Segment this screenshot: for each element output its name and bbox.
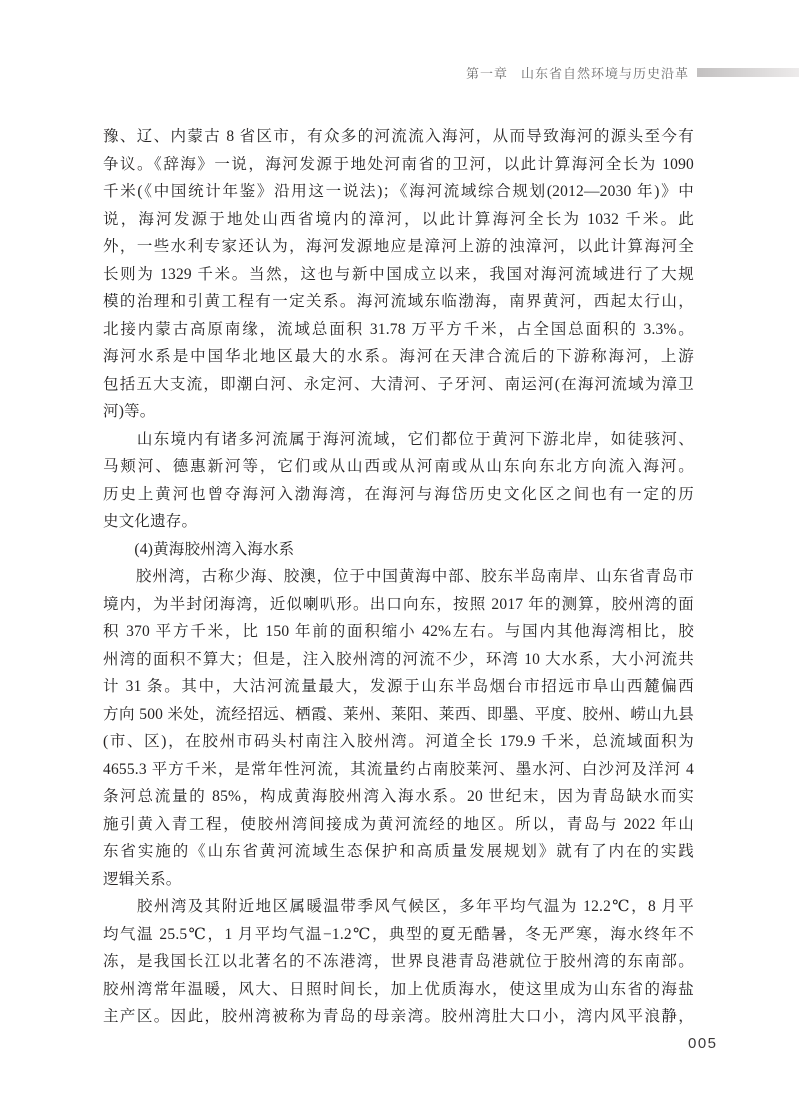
text-line: 主产区。因此，胶州湾被称为青岛的母亲湾。胶州湾肚大口小，湾内风平浪静， — [103, 1003, 694, 1031]
text-line: 东省实施的《山东省黄河流域生态保护和高质量发展规划》就有了内在的实践 — [103, 838, 694, 866]
text-line: 方向 500 米处，流经招远、栖霞、莱州、莱阳、莱西、即墨、平度、胶州、崂山九县 — [103, 701, 694, 729]
text-line: 逻辑关系。 — [103, 866, 694, 894]
paragraph-subheading: (4)黄海胶州湾入海水系 — [103, 536, 694, 564]
text-line: 施引黄入青工程，使胶州湾间接成为黄河流经的地区。所以，青岛与 2022 年山 — [103, 811, 694, 839]
paragraph: 胶州湾及其附近地区属暖温带季风气候区，多年平均气温为 12.2℃，8 月平 均气… — [103, 893, 694, 1031]
text-line: 胶州湾常年温暖，风大、日照时间长，加上优质海水，使这里成为山东省的海盐 — [103, 976, 694, 1004]
text-line: 长则为 1329 千米。当然，这也与新中国成立以来，我国对海河流域进行了大规 — [103, 261, 694, 289]
text-line: 均气温 25.5℃，1 月平均气温−1.2℃，典型的夏无酷暑，冬无严寒，海水终年… — [103, 921, 694, 949]
text-line: 豫、辽、内蒙古 8 省区市，有众多的河流流入海河，从而导致海河的源头至今有 — [103, 123, 694, 151]
text-line: 河)等。 — [103, 398, 694, 426]
text-line: (市、区)，在胶州市码头村南注入胶州湾。河道全长 179.9 千米，总流域面积为 — [103, 728, 694, 756]
text-line: 历史上黄河也曾夺海河入渤海湾，在海河与海岱历史文化区之间也有一定的历 — [103, 481, 694, 509]
text-line: 千米(《中国统计年鉴》沿用这一说法)；《海河流域综合规划(2012—2030 年… — [103, 178, 694, 206]
paragraph: 豫、辽、内蒙古 8 省区市，有众多的河流流入海河，从而导致海河的源头至今有 争议… — [103, 123, 694, 426]
text-line: 史文化遗存。 — [103, 508, 694, 536]
book-page: 第一章 山东省自然环境与历史沿革 豫、辽、内蒙古 8 省区市，有众多的河流流入海… — [0, 0, 799, 1118]
text-line: 模的治理和引黄工程有一定关系。海河流域东临渤海，南界黄河，西起太行山， — [103, 288, 694, 316]
text-line: 海河水系是中国华北地区最大的水系。海河在天津合流后的下游称海河，上游 — [103, 343, 694, 371]
text-line: 4655.3 平方千米，是常年性河流，其流量约占南胶莱河、墨水河、白沙河及洋河 … — [103, 756, 694, 784]
text-line: 包括五大支流，即潮白河、永定河、大清河、子牙河、南运河(在海河流域为漳卫 — [103, 371, 694, 399]
text-line: 积 370 平方千米，比 150 年前的面积缩小 42%左右。与国内其他海湾相比… — [103, 618, 694, 646]
chapter-label: 第一章 — [466, 63, 508, 82]
text-line: 州湾的面积不算大；但是，注入胶州湾的河流不少，环湾 10 大水系，大小河流共 — [103, 646, 694, 674]
subheading-line: (4)黄海胶州湾入海水系 — [103, 536, 694, 564]
paragraph: 胶州湾，古称少海、胶澳，位于中国黄海中部、胶东半岛南岸、山东省青岛市 境内，为半… — [103, 563, 694, 893]
text-line: 说，海河发源于地处山西省境内的漳河，以此计算海河全长为 1032 千米。此 — [103, 206, 694, 234]
text-line: 胶州湾，古称少海、胶澳，位于中国黄海中部、胶东半岛南岸、山东省青岛市 — [103, 563, 694, 591]
page-number: 005 — [688, 1035, 718, 1052]
text-line: 争议。《辞海》一说，海河发源于地处河南省的卫河，以此计算海河全长为 1090 — [103, 151, 694, 179]
text-line: 山东境内有诸多河流属于海河流域，它们都位于黄河下游北岸，如徒骇河、 — [103, 426, 694, 454]
page-header: 第一章 山东省自然环境与历史沿革 — [0, 63, 799, 81]
chapter-title: 山东省自然环境与历史沿革 — [521, 63, 689, 82]
paragraph: 山东境内有诸多河流属于海河流域，它们都位于黄河下游北岸，如徒骇河、 马颊河、德惠… — [103, 426, 694, 536]
header-rule — [697, 68, 799, 77]
text-line: 外，一些水利专家还认为，海河发源地应是漳河上游的浊漳河，以此计算海河全 — [103, 233, 694, 261]
text-line: 冻，是我国长江以北著名的不冻港湾，世界良港青岛港就位于胶州湾的东南部。 — [103, 948, 694, 976]
text-line: 境内，为半封闭海湾，近似喇叭形。出口向东，按照 2017 年的测算，胶州湾的面 — [103, 591, 694, 619]
body-text: 豫、辽、内蒙古 8 省区市，有众多的河流流入海河，从而导致海河的源头至今有 争议… — [103, 123, 694, 1031]
text-line: 胶州湾及其附近地区属暖温带季风气候区，多年平均气温为 12.2℃，8 月平 — [103, 893, 694, 921]
text-line: 北接内蒙古高原南缘，流域总面积 31.78 万平方千米，占全国总面积的 3.3%… — [103, 316, 694, 344]
text-line: 马颊河、德惠新河等，它们或从山西或从河南或从山东向东北方向流入海河。 — [103, 453, 694, 481]
text-line: 条河总流量的 85%，构成黄海胶州湾入海水系。20 世纪末，因为青岛缺水而实 — [103, 783, 694, 811]
text-line: 计 31 条。其中，大沽河流量最大，发源于山东半岛烟台市招远市阜山西麓偏西 — [103, 673, 694, 701]
